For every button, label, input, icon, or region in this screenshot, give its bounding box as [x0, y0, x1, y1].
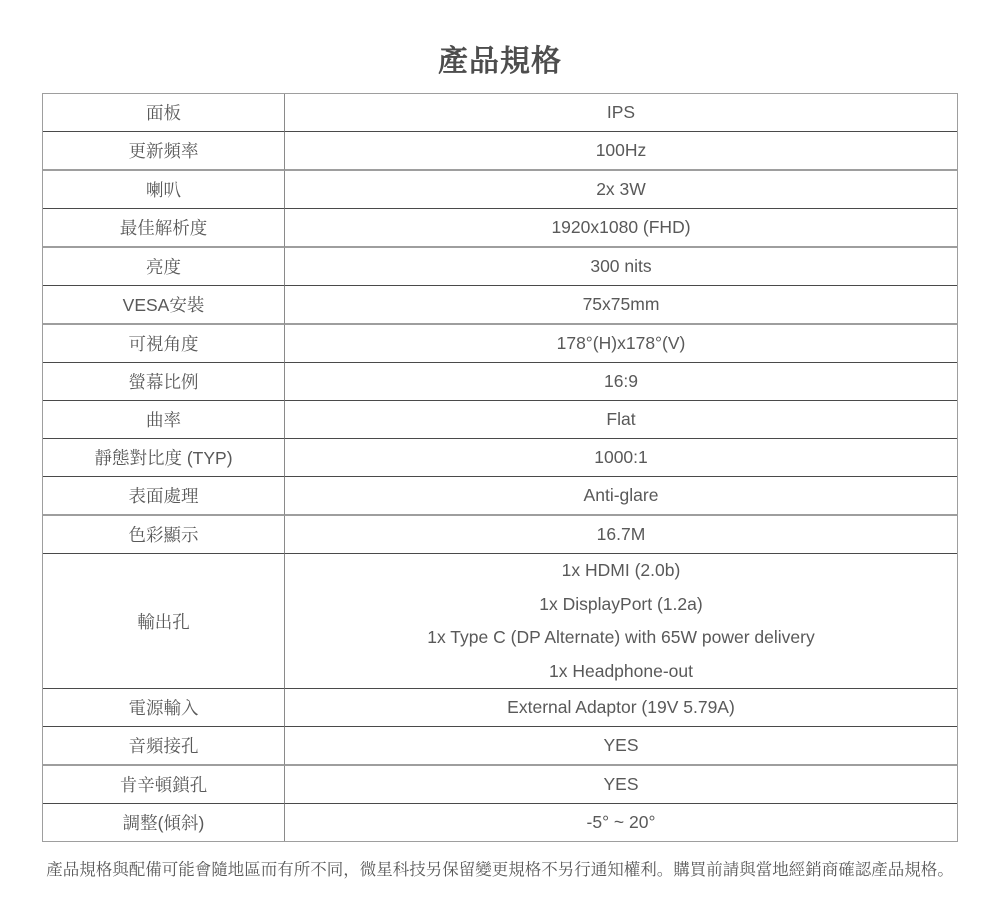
spec-value-line: 2x 3W — [285, 173, 957, 207]
spec-value-cell: 1920x1080 (FHD) — [285, 209, 957, 248]
spec-label-cell: 調整(傾斜) — [43, 804, 285, 841]
spec-value-cell: 300 nits — [285, 248, 957, 286]
spec-label-cell: 面板 — [43, 94, 285, 132]
spec-value-line: External Adaptor (19V 5.79A) — [285, 691, 957, 725]
spec-value-cell: YES — [285, 766, 957, 804]
spec-label-cell: 最佳解析度 — [43, 209, 285, 248]
spec-value-line: 1x Type C (DP Alternate) with 65W power … — [285, 621, 957, 655]
spec-page: 產品規格 面板IPS更新頻率100Hz喇叭2x 3W最佳解析度1920x1080… — [0, 0, 1000, 920]
spec-value-cell: Anti-glare — [285, 477, 957, 516]
spec-value-line: 1x HDMI (2.0b) — [285, 554, 957, 588]
table-row: 調整(傾斜)-5° ~ 20° — [43, 804, 957, 841]
table-row: 可視角度178°(H)x178°(V) — [43, 325, 957, 363]
spec-label-cell: 螢幕比例 — [43, 363, 285, 401]
spec-value-line: 1x DisplayPort (1.2a) — [285, 588, 957, 622]
spec-value-line: 16.7M — [285, 518, 957, 552]
spec-value-line: 16:9 — [285, 365, 957, 399]
spec-label-cell: 色彩顯示 — [43, 516, 285, 554]
spec-value-cell: Flat — [285, 401, 957, 439]
spec-label-cell: 肯辛頓鎖孔 — [43, 766, 285, 804]
spec-value-line: 75x75mm — [285, 288, 957, 322]
spec-label-cell: 可視角度 — [43, 325, 285, 363]
spec-value-cell: YES — [285, 727, 957, 766]
table-row: 表面處理Anti-glare — [43, 477, 957, 516]
table-row: 色彩顯示16.7M — [43, 516, 957, 554]
spec-value-cell: 75x75mm — [285, 286, 957, 325]
table-row: 螢幕比例16:9 — [43, 363, 957, 401]
spec-table: 面板IPS更新頻率100Hz喇叭2x 3W最佳解析度1920x1080 (FHD… — [42, 93, 958, 842]
spec-value-cell: 16:9 — [285, 363, 957, 401]
page-title: 產品規格 — [0, 0, 1000, 80]
spec-table-body: 面板IPS更新頻率100Hz喇叭2x 3W最佳解析度1920x1080 (FHD… — [43, 94, 957, 841]
spec-value-cell: -5° ~ 20° — [285, 804, 957, 841]
spec-value-line: YES — [285, 729, 957, 763]
spec-value-line: 100Hz — [285, 134, 957, 168]
spec-label-cell: 音頻接孔 — [43, 727, 285, 766]
spec-value-line: 1000:1 — [285, 441, 957, 475]
spec-value-cell: 178°(H)x178°(V) — [285, 325, 957, 363]
table-row: 亮度300 nits — [43, 248, 957, 286]
table-row: 靜態對比度 (TYP)1000:1 — [43, 439, 957, 477]
spec-label-cell: 亮度 — [43, 248, 285, 286]
table-row: VESA安裝75x75mm — [43, 286, 957, 325]
spec-table-container: 面板IPS更新頻率100Hz喇叭2x 3W最佳解析度1920x1080 (FHD… — [42, 93, 958, 842]
disclaimer-footer: 產品規格與配備可能會隨地區而有所不同，微星科技另保留變更規格不另行通知權利。購買… — [0, 856, 1000, 880]
spec-value-line: 1x Headphone-out — [285, 655, 957, 689]
spec-value-line: 300 nits — [285, 250, 957, 284]
table-row: 更新頻率100Hz — [43, 132, 957, 171]
spec-label-cell: 喇叭 — [43, 171, 285, 209]
spec-label-cell: 更新頻率 — [43, 132, 285, 171]
spec-value-cell: 16.7M — [285, 516, 957, 554]
spec-label-cell: VESA安裝 — [43, 286, 285, 325]
table-row: 面板IPS — [43, 94, 957, 132]
spec-value-line: YES — [285, 768, 957, 802]
table-row: 電源輸入External Adaptor (19V 5.79A) — [43, 689, 957, 727]
table-row: 輸出孔1x HDMI (2.0b)1x DisplayPort (1.2a)1x… — [43, 554, 957, 689]
spec-value-line: 1920x1080 (FHD) — [285, 211, 957, 245]
spec-value-line: Flat — [285, 403, 957, 437]
table-row: 肯辛頓鎖孔YES — [43, 766, 957, 804]
spec-value-cell: 2x 3W — [285, 171, 957, 209]
table-row: 最佳解析度1920x1080 (FHD) — [43, 209, 957, 248]
spec-value-cell: 100Hz — [285, 132, 957, 171]
spec-label-cell: 輸出孔 — [43, 554, 285, 689]
spec-value-line: IPS — [285, 96, 957, 130]
table-row: 曲率Flat — [43, 401, 957, 439]
table-row: 音頻接孔YES — [43, 727, 957, 766]
spec-value-line: Anti-glare — [285, 479, 957, 513]
spec-value-line: -5° ~ 20° — [285, 806, 957, 840]
spec-value-cell: 1000:1 — [285, 439, 957, 477]
spec-label-cell: 電源輸入 — [43, 689, 285, 727]
spec-value-cell: External Adaptor (19V 5.79A) — [285, 689, 957, 727]
table-row: 喇叭2x 3W — [43, 171, 957, 209]
spec-label-cell: 表面處理 — [43, 477, 285, 516]
spec-value-cell: 1x HDMI (2.0b)1x DisplayPort (1.2a)1x Ty… — [285, 554, 957, 689]
spec-label-cell: 靜態對比度 (TYP) — [43, 439, 285, 477]
spec-value-cell: IPS — [285, 94, 957, 132]
spec-value-line: 178°(H)x178°(V) — [285, 327, 957, 361]
spec-label-cell: 曲率 — [43, 401, 285, 439]
